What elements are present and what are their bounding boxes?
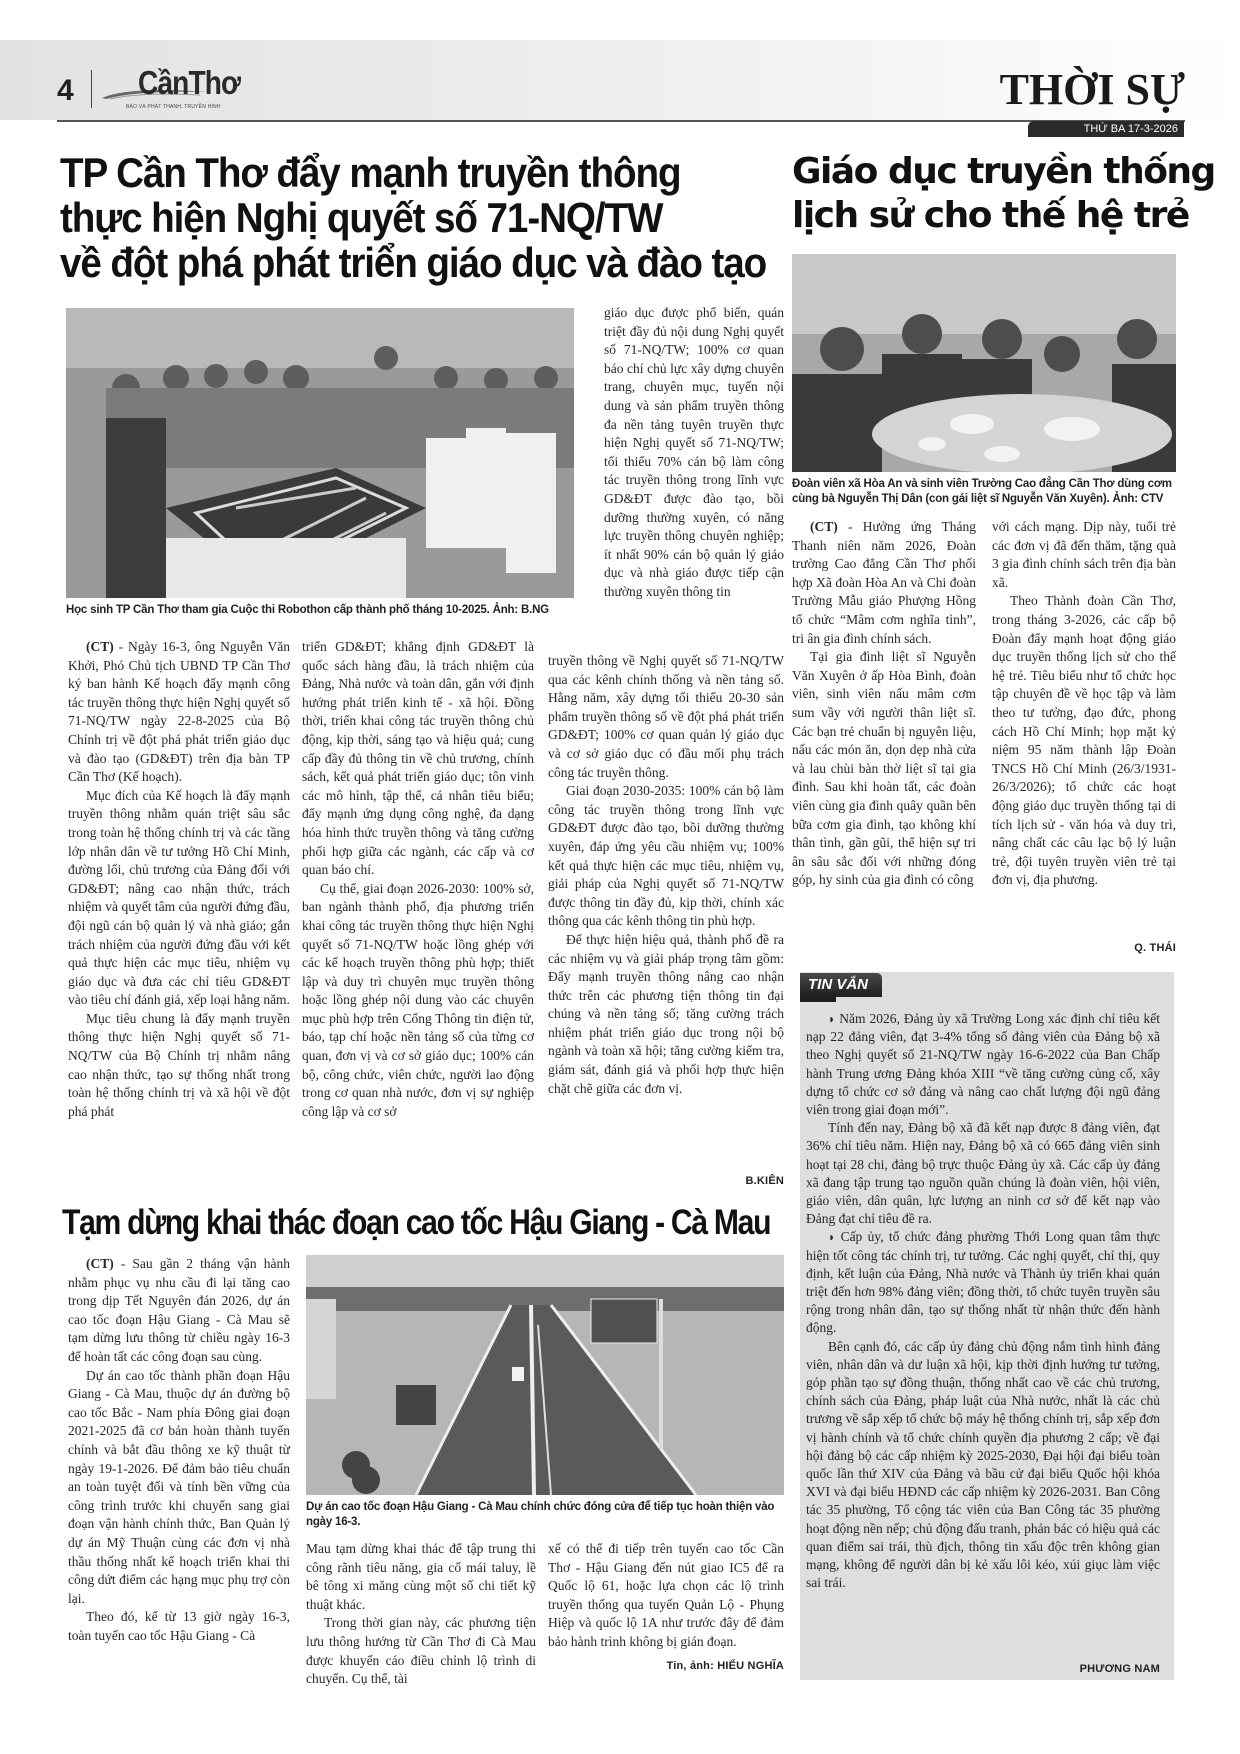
logo-title: CầnThơ [138, 64, 240, 102]
right-article-headline: Giáo dục truyền thống lịch sử cho thế hệ… [792, 150, 1192, 238]
road-article-column-2: Mau tạm dừng khai thác để tập trung thi … [306, 1540, 536, 1689]
family-meal-photo-caption: Đoàn viên xã Hòa An và sinh viên Trường … [792, 477, 1182, 507]
issue-date: THỨ BA 17-3-2026 [1028, 121, 1184, 137]
main-article-column-1: (CT) - Ngày 16-3, ông Nguyễn Văn Khởi, P… [68, 638, 290, 1121]
header-rule [57, 120, 1185, 122]
right-article-column-2: với cách mạng. Dịp này, tuổi trẻ các đơn… [992, 518, 1176, 890]
masthead-divider [91, 70, 92, 108]
news-briefs-label-tail [800, 997, 836, 1002]
highway-photo-image [306, 1255, 784, 1495]
road-article-column-3: xế có thể đi tiếp trên tuyến cao tốc Cần… [548, 1540, 784, 1652]
main-article-headline: TP Cần Thơ đẩy mạnh truyền thông thực hi… [60, 150, 722, 285]
road-article-headline: Tạm dừng khai thác đoạn cao tốc Hậu Gian… [62, 1203, 716, 1243]
news-briefs-body: ◗ Năm 2026, Đảng ủy xã Trường Long xác đ… [806, 1010, 1160, 1593]
main-article-column-3-bottom: truyền thông về Nghị quyết số 71-NQ/TW q… [548, 652, 784, 1098]
main-article-byline: B.KIÊN [600, 1175, 784, 1187]
highway-photo-caption: Dự án cao tốc đoạn Hậu Giang - Cà Mau ch… [306, 1500, 790, 1530]
road-article-column-1: (CT) - Sau gần 2 tháng vận hành nhằm phụ… [68, 1255, 290, 1645]
main-article-column-3-top: giáo dục được phổ biến, quán triệt đầy đ… [604, 304, 784, 602]
family-meal-photo [792, 254, 1176, 472]
robothon-photo-caption: Học sinh TP Cần Thơ tham gia Cuộc thi Ro… [66, 603, 586, 618]
road-article-byline: Tin, ảnh: HIẾU NGHĨA [560, 1660, 784, 1672]
bullet-icon: ◗ [828, 1012, 835, 1026]
highway-photo [306, 1255, 784, 1495]
main-article-column-2: triển GD&ĐT; khẳng định GD&ĐT là quốc sá… [302, 638, 534, 1121]
news-briefs-label: TIN VẮN [800, 973, 882, 997]
right-article-column-1: (CT) - Hưởng ứng Tháng Thanh niên năm 20… [792, 518, 976, 890]
news-briefs-byline: PHƯƠNG NAM [1000, 1663, 1160, 1675]
bullet-icon: ◗ [828, 1230, 835, 1244]
page-number: 4 [57, 74, 74, 108]
logo-subtitle: BÁO VÀ PHÁT THANH, TRUYỀN HÌNH [126, 104, 221, 110]
newspaper-logo: CầnThơ BÁO VÀ PHÁT THANH, TRUYỀN HÌNH [100, 64, 220, 114]
robothon-photo-image [66, 308, 574, 598]
right-article-byline: Q. THÁI [1000, 942, 1176, 954]
section-title: THỜI SỰ [1000, 64, 1185, 115]
robothon-photo [66, 308, 574, 598]
family-meal-photo-image [792, 254, 1176, 472]
